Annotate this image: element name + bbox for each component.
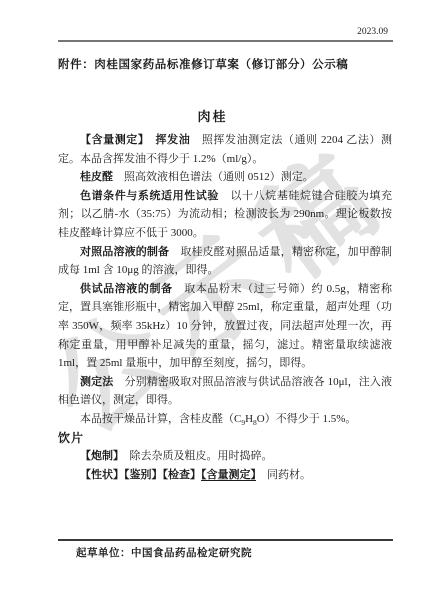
text-segment: H [245,413,253,425]
content-limit: 本品按干燥品计算，含桂皮醛（C9H8O）不得少于 1.5%。 [58,410,392,429]
document-page: 公示稿 2023.09 附件：肉桂国家药品标准修订草案（修订部分）公示稿 肉桂 … [0,0,425,600]
properties-identification-check: 【性状】【鉴别】【检查】【含量测定】 同药材。 [58,466,392,485]
assay-volatile-oil: 【含量测定】 挥发油 照挥发油测定法（通则 2204 乙法）测定。本品含挥发油不… [58,131,392,168]
text-segment: O）不得少于 1.5%。 [257,413,357,425]
text-segment: 照高效液相色谱法（通则 0512）测定。 [113,171,314,183]
text-segment: 挥发油 [156,134,191,146]
text-segment: 【含量测定】 [80,134,144,146]
text-segment: 取本品粉末（过三号筛）约 0.5g，精密称定，置具塞锥形瓶中，精密加入甲醇 25… [58,283,392,369]
document-title: 肉桂 [0,106,425,125]
text-segment: 供试品溶液的制备 [80,283,173,295]
section-heading-decoction-pieces: 饮片 [58,429,392,448]
footer-org: 起草单位：中国食品药品检定研究院 [76,545,252,560]
document-body: 【含量测定】 挥发油 照挥发油测定法（通则 2204 乙法）测定。本品含挥发油不… [58,131,392,484]
reference-solution-preparation: 对照品溶液的制备 取桂皮醛对照品适量，精密称定，加甲醇制成每 1ml 含 10μ… [58,243,392,280]
determination-method: 测定法 分别精密吸取对照品溶液与供试品溶液各 10μl，注入液相色谱仪，测定，即… [58,373,392,410]
header-date: 2023.09 [357,27,388,37]
assay-cinnamaldehyde-method: 桂皮醛 照高效液相色谱法（通则 0512）测定。 [58,168,392,187]
test-solution-preparation: 供试品溶液的制备 取本品粉末（过三号筛）约 0.5g，精密称定，置具塞锥形瓶中，… [58,280,392,373]
text-segment: 桂皮醛 [80,171,113,183]
text-segment: 【含量测定】 [201,469,256,481]
processing: 【炮制】 除去杂质及粗皮。用时捣碎。 [58,447,392,466]
text-segment: 【性状】【鉴别】【检查】 [80,469,201,481]
text-segment: 本品按干燥品计算，含桂皮醛（C [80,413,241,425]
text-segment: 测定法 [80,376,113,388]
text-segment: 色谱条件与系统适用性试验 [80,190,219,202]
text-segment: 对照品溶液的制备 [80,246,169,258]
text-segment [144,134,156,146]
header-rule [58,40,393,42]
text-segment: 除去杂质及粗皮。用时捣碎。 [119,450,273,462]
chromatographic-conditions: 色谱条件与系统适用性试验 以十八烷基硅烷键合硅胶为填充剂；以乙腈-水（35:75… [58,187,392,243]
attachment-heading: 附件：肉桂国家药品标准修订草案（修订部分）公示稿 [58,56,348,72]
footer-rule [58,539,393,541]
text-segment: 【炮制】 [80,450,119,462]
text-segment: 同药材。 [256,469,311,481]
